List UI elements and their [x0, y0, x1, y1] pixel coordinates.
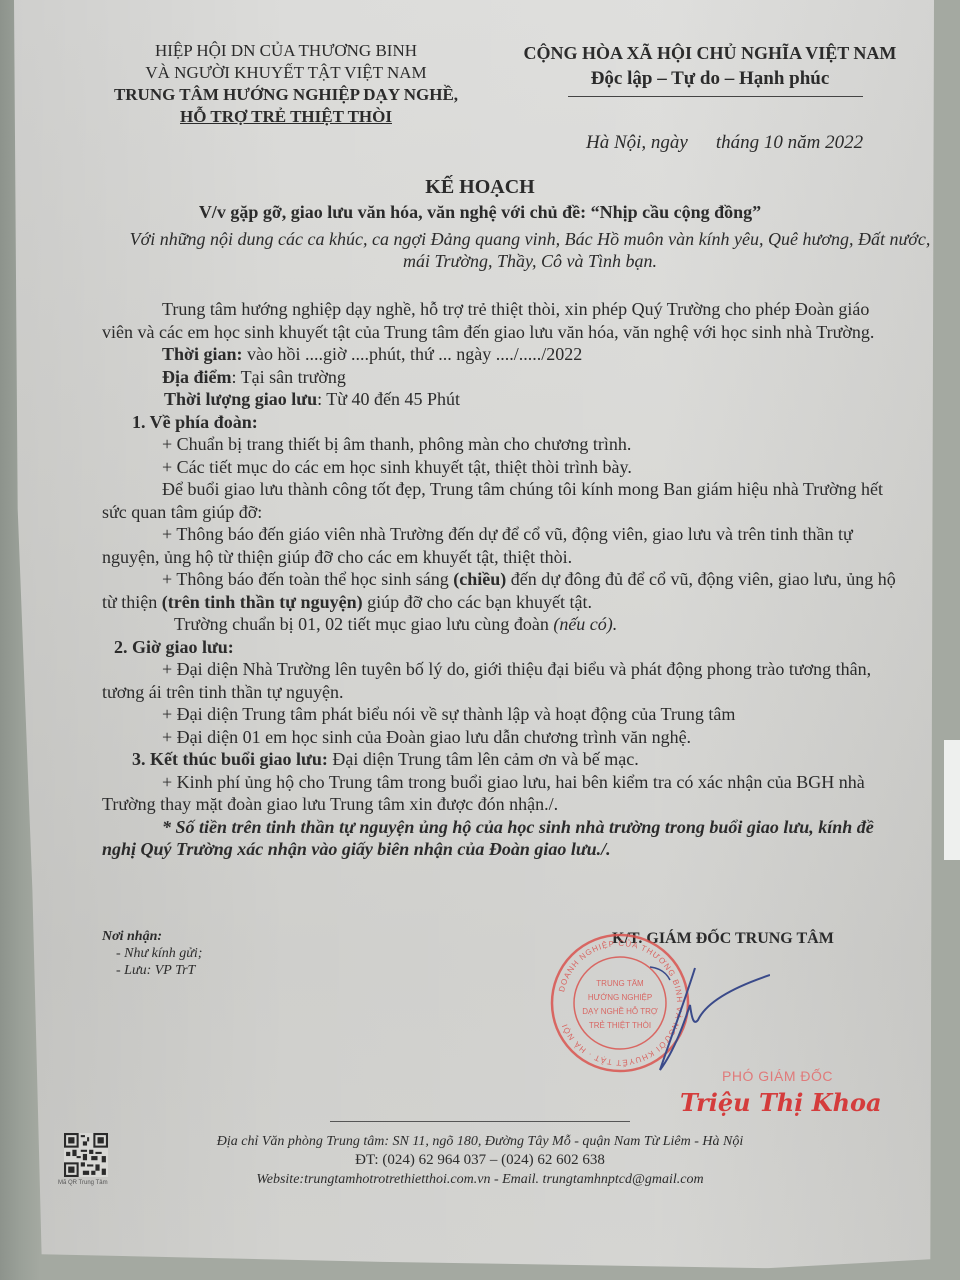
- svg-text:DẠY NGHỀ HỖ TRỢ: DẠY NGHỀ HỖ TRỢ: [582, 1006, 658, 1016]
- document-date: Hà Nội, ngàytháng 10 năm 2022: [586, 132, 863, 154]
- recipients: Nơi nhận: - Như kính gửi; - Lưu: VP TrT: [102, 928, 202, 979]
- svg-text:TRUNG TÂM: TRUNG TÂM: [596, 979, 644, 988]
- signatory-name: Triệu Thị Khoa: [680, 1088, 882, 1117]
- date-month-year: tháng 10 năm 2022: [716, 132, 863, 153]
- signatory-position: PHÓ GIÁM ĐỐC: [722, 1068, 833, 1084]
- organization-header: HIỆP HỘI DN CỦA THƯƠNG BINH VÀ NGƯỜI KHU…: [66, 40, 506, 128]
- nation-name: CỘNG HÒA XÃ HỘI CHỦ NGHĨA VIỆT NAM: [480, 40, 940, 66]
- handwritten-signature-icon: [650, 960, 770, 1080]
- qr-caption: Mã QR Trung Tâm: [58, 1180, 108, 1186]
- org-line-2: VÀ NGƯỜI KHUYẾT TẬT VIỆT NAM: [66, 62, 506, 84]
- svg-text:TRẺ THIỆT THÒI: TRẺ THIỆT THÒI: [589, 1021, 651, 1030]
- document-subject: V/v gặp gỡ, giao lưu văn hóa, văn nghệ v…: [0, 202, 960, 223]
- section-1-heading: 1. Về phía đoàn:: [102, 411, 902, 434]
- section-2-heading: 2. Giờ giao lưu:: [102, 636, 902, 659]
- request-item-students: + Thông báo đến toàn thể học sinh sáng (…: [102, 568, 902, 613]
- section-2-item: + Đại diện 01 em học sinh của Đoàn giao …: [102, 726, 902, 749]
- intro-paragraph: Trung tâm hướng nghiệp dạy nghề, hỗ trợ …: [102, 298, 902, 343]
- footer-contact: Địa chỉ Văn phòng Trung tâm: SN 11, ngõ …: [200, 1132, 760, 1189]
- recipients-label: Nơi nhận:: [102, 928, 202, 945]
- section-1-item: + Chuẩn bị trang thiết bị âm thanh, phôn…: [102, 433, 902, 456]
- footer-address: Địa chỉ Văn phòng Trung tâm: SN 11, ngõ …: [200, 1132, 760, 1151]
- footer-phone: ĐT: (024) 62 964 037 – (024) 62 602 638: [200, 1151, 760, 1170]
- footer-web-email: Website:trungtamhotrotrethietthoi.com.vn…: [200, 1170, 760, 1189]
- date-place-day: Hà Nội, ngày: [586, 132, 688, 153]
- background-wall: [944, 740, 960, 860]
- request-item-teachers: + Thông báo đến giáo viên nhà Trường đến…: [102, 523, 902, 568]
- request-paragraph: Để buổi giao lưu thành công tốt đẹp, Tru…: [102, 478, 902, 523]
- footer-divider: [330, 1121, 630, 1122]
- qr-code-icon: [64, 1133, 108, 1177]
- section-3-item: + Kinh phí ủng hộ cho Trung tâm trong bu…: [102, 771, 902, 816]
- recipient-item: - Lưu: VP TrT: [102, 962, 202, 979]
- section-3-note: * Số tiền trên tinh thần tự nguyện ủng h…: [102, 816, 902, 861]
- detail-location: Địa điểm: Tại sân trường: [102, 366, 902, 389]
- detail-time: Thời gian: vào hồi ....giờ ....phút, thứ…: [102, 343, 902, 366]
- document-title: KẾ HOẠCH: [0, 176, 960, 199]
- recipient-item: - Như kính gửi;: [102, 945, 202, 962]
- national-header: CỘNG HÒA XÃ HỘI CHỦ NGHĨA VIỆT NAM Độc l…: [480, 40, 940, 92]
- section-1-item: + Các tiết mục do các em học sinh khuyết…: [102, 456, 902, 479]
- motto-underline: [568, 96, 863, 97]
- detail-duration: Thời lượng giao lưu: Từ 40 đến 45 Phút: [102, 388, 902, 411]
- org-line-4: HỖ TRỢ TRẺ THIỆT THÒI: [66, 106, 506, 128]
- school-prep: Trường chuẩn bị 01, 02 tiết mục giao lưu…: [102, 613, 902, 636]
- section-2-item: + Đại diện Trung tâm phát biểu nói về sự…: [102, 703, 902, 726]
- national-motto: Độc lập – Tự do – Hạnh phúc: [480, 66, 940, 92]
- document-body: Trung tâm hướng nghiệp dạy nghề, hỗ trợ …: [102, 298, 902, 861]
- svg-text:HƯỚNG NGHIỆP: HƯỚNG NGHIỆP: [588, 993, 652, 1002]
- org-line-3: TRUNG TÂM HƯỚNG NGHIỆP DẠY NGHỀ,: [66, 84, 506, 106]
- section-2-item: + Đại diện Nhà Trường lên tuyên bố lý do…: [102, 658, 902, 703]
- org-line-1: HIỆP HỘI DN CỦA THƯƠNG BINH: [66, 40, 506, 62]
- document-subtitle: Với những nội dung các ca khúc, ca ngợi …: [120, 228, 940, 272]
- section-3-heading: 3. Kết thúc buổi giao lưu: Đại diện Trun…: [102, 748, 902, 771]
